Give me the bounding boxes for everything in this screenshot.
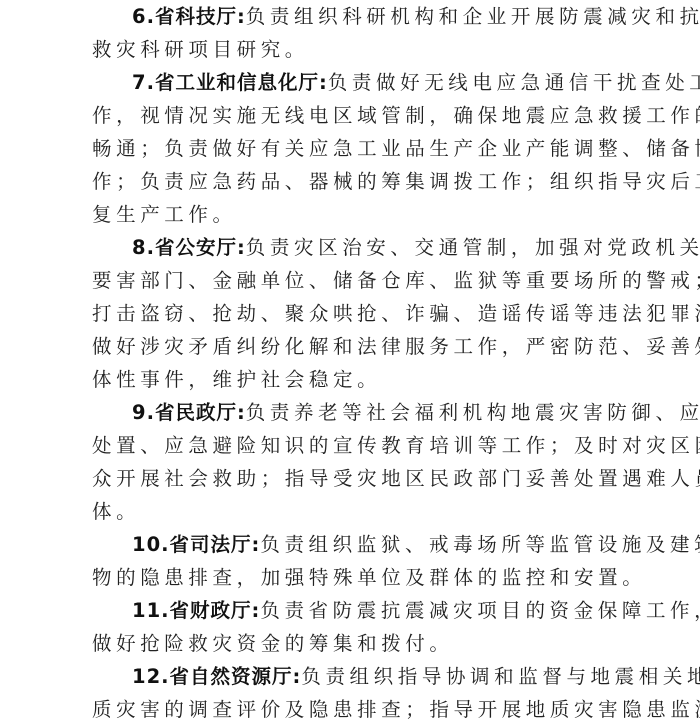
- item-heading: 省司法厅:: [170, 533, 261, 556]
- item-text: 负责组织监狱、戒毒场所等监管设施及建筑: [260, 533, 700, 556]
- item-text: 负责组织指导协调和监督与地震相关地: [301, 665, 700, 688]
- item-text: 负责养老等社会福利机构地震灾害防御、应急: [246, 401, 700, 424]
- item-9: 9.省民政厅:负责养老等社会福利机构地震灾害防御、应急 处置、应急避险知识的宣传…: [92, 396, 622, 528]
- item-line: 11.省财政厅:负责省防震抗震减灾项目的资金保障工作，: [92, 594, 622, 627]
- item-number: 10.: [132, 533, 170, 556]
- item-line: 复生产工作。: [92, 198, 622, 231]
- item-line: 8.省公安厅:负责灾区治安、交通管制，加强对党政机关、: [92, 231, 622, 264]
- item-text: 负责做好无线电应急通信干扰查处工: [328, 71, 700, 94]
- item-line: 做好涉灾矛盾纠纷化解和法律服务工作，严密防范、妥善处置群: [92, 330, 622, 363]
- item-line: 作，视情况实施无线电区域管制，确保地震应急救援工作的通信: [92, 99, 622, 132]
- item-12: 12.省自然资源厅:负责组织指导协调和监督与地震相关地 质灾害的调查评价及隐患排…: [92, 660, 622, 726]
- item-line: 体性事件，维护社会稳定。: [92, 363, 622, 396]
- item-line: 物的隐患排查，加强特殊单位及群体的监控和安置。: [92, 561, 622, 594]
- item-heading: 省自然资源厅:: [170, 665, 302, 688]
- item-text: 负责组织科研机构和企业开展防震减灾和抗震: [246, 5, 700, 28]
- item-text: 负责灾区治安、交通管制，加强对党政机关、: [246, 236, 700, 259]
- item-line: 6.省科技厅:负责组织科研机构和企业开展防震减灾和抗震: [92, 0, 622, 33]
- item-number: 9.: [132, 401, 155, 424]
- item-number: 12.: [132, 665, 170, 688]
- item-7: 7.省工业和信息化厅:负责做好无线电应急通信干扰查处工 作，视情况实施无线电区域…: [92, 66, 622, 231]
- item-line: 救灾科研项目研究。: [92, 33, 622, 66]
- item-heading: 省民政厅:: [155, 401, 246, 424]
- item-10: 10.省司法厅:负责组织监狱、戒毒场所等监管设施及建筑 物的隐患排查，加强特殊单…: [92, 528, 622, 594]
- item-text: 负责省防震抗震减灾项目的资金保障工作，: [260, 599, 700, 622]
- item-line: 畅通；负责做好有关应急工业品生产企业产能调整、储备协调工: [92, 132, 622, 165]
- item-line: 众开展社会救助；指导受灾地区民政部门妥善处置遇难人员遗: [92, 462, 622, 495]
- item-number: 7.: [132, 71, 155, 94]
- item-number: 11.: [132, 599, 170, 622]
- item-number: 8.: [132, 236, 155, 259]
- item-line: 7.省工业和信息化厅:负责做好无线电应急通信干扰查处工: [92, 66, 622, 99]
- item-line: 做好抢险救灾资金的筹集和拨付。: [92, 627, 622, 660]
- item-line: 要害部门、金融单位、储备仓库、监狱等重要场所的警戒；严厉: [92, 264, 622, 297]
- item-11: 11.省财政厅:负责省防震抗震减灾项目的资金保障工作， 做好抢险救灾资金的筹集和…: [92, 594, 622, 660]
- document-page: 6.省科技厅:负责组织科研机构和企业开展防震减灾和抗震 救灾科研项目研究。 7.…: [92, 0, 622, 726]
- item-number: 6.: [132, 5, 155, 28]
- item-line: 打击盗窃、抢劫、聚众哄抢、诈骗、造谣传谣等违法犯罪活动；: [92, 297, 622, 330]
- item-line: 12.省自然资源厅:负责组织指导协调和监督与地震相关地: [92, 660, 622, 693]
- item-line: 作；负责应急药品、器械的筹集调拨工作；组织指导灾后工业恢: [92, 165, 622, 198]
- item-8: 8.省公安厅:负责灾区治安、交通管制，加强对党政机关、 要害部门、金融单位、储备…: [92, 231, 622, 396]
- item-heading: 省工业和信息化厅:: [155, 71, 328, 94]
- item-line: 质灾害的调查评价及隐患排查；指导开展地质灾害隐患监测预: [92, 693, 622, 726]
- item-heading: 省公安厅:: [155, 236, 246, 259]
- item-heading: 省财政厅:: [170, 599, 261, 622]
- item-line: 体。: [92, 495, 622, 528]
- item-line: 9.省民政厅:负责养老等社会福利机构地震灾害防御、应急: [92, 396, 622, 429]
- item-6: 6.省科技厅:负责组织科研机构和企业开展防震减灾和抗震 救灾科研项目研究。: [92, 0, 622, 66]
- item-line: 10.省司法厅:负责组织监狱、戒毒场所等监管设施及建筑: [92, 528, 622, 561]
- item-heading: 省科技厅:: [155, 5, 246, 28]
- item-line: 处置、应急避险知识的宣传教育培训等工作；及时对灾区困难群: [92, 429, 622, 462]
